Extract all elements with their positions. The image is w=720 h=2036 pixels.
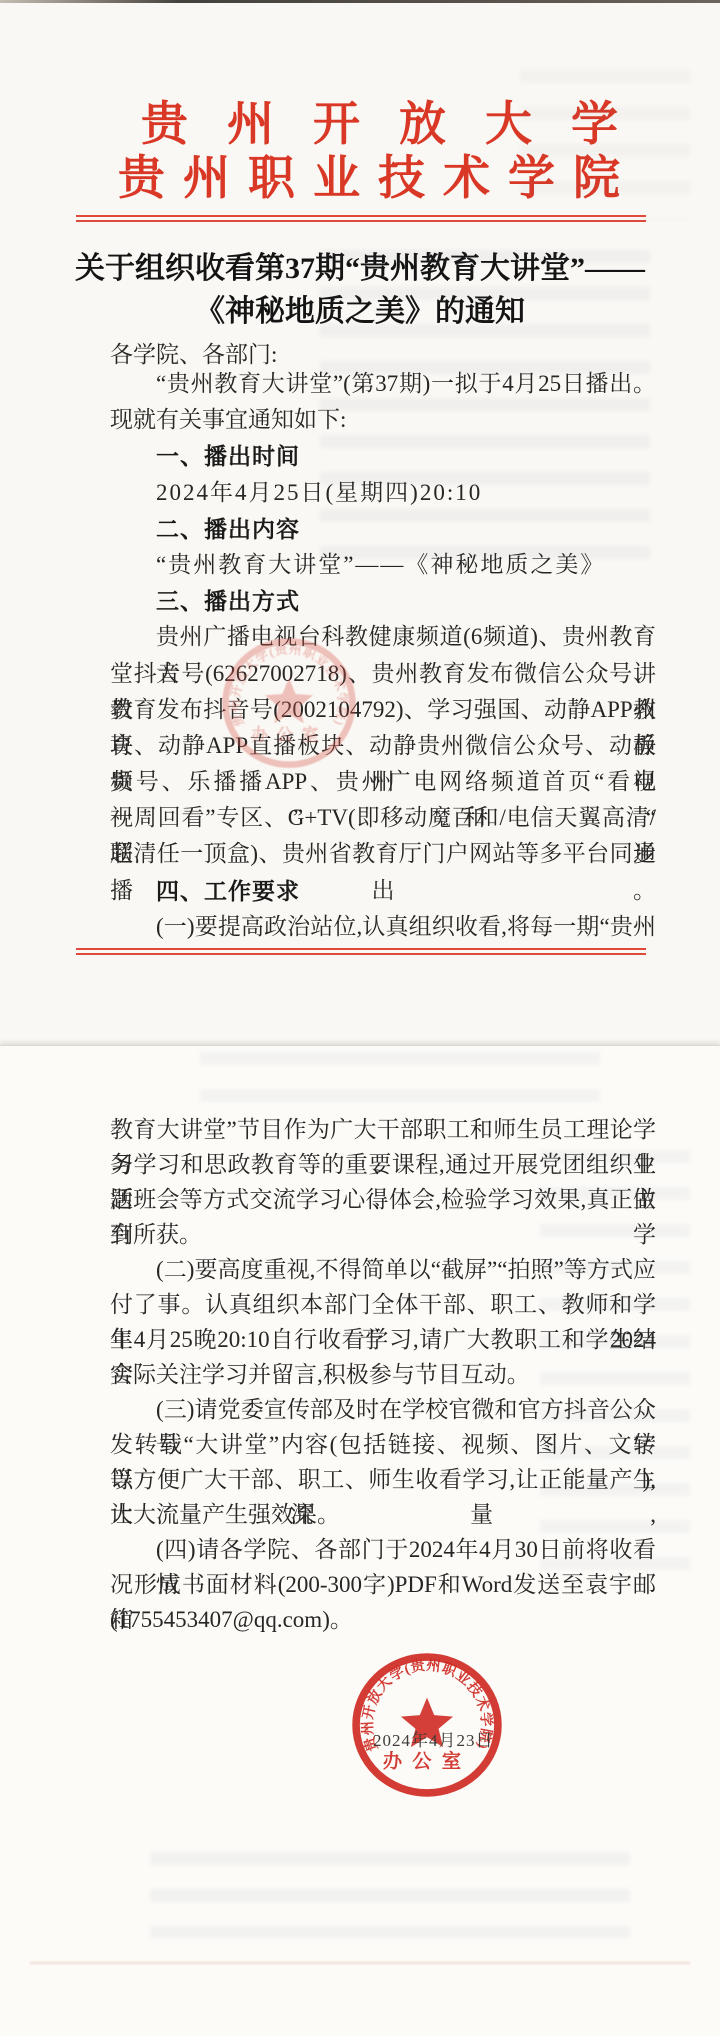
document-line: 教育发布抖音号(2002104792)、学习强国、动静APP教育板 <box>110 692 656 728</box>
document-line: 一、播出时间 <box>110 438 656 474</box>
document-line: 频号、乐播播APP、贵州广电网络频道首页“看电视”和“ <box>110 764 656 800</box>
document-line: 题班会等方式交流学习心得体会,检验学习效果,真正做到学 <box>110 1182 656 1217</box>
document-line: (四)请各学院、各部门于2024年4月30日前将收看情 <box>110 1532 656 1567</box>
document-line: (1755453407@qq.com)。 <box>110 1602 656 1637</box>
document-line: “贵州教育大讲堂”(第37期)一拟于4月25日播出。 <box>110 366 656 402</box>
salutation: 各学院、各部门: <box>110 336 277 369</box>
document-line: 实际关注学习并留言,积极参与节目互动。 <box>110 1357 656 1392</box>
document-title-line1: 关于组织收看第37期“贵州教育大讲堂”—— <box>0 254 720 284</box>
bleed-through-rule <box>30 1962 690 1964</box>
document-line: 发转载“大讲堂”内容(包括链接、视频、图片、文字等), <box>110 1427 656 1462</box>
document-line: (一)要提高政治站位,认真组织收看,将每一期“贵州 <box>110 909 656 945</box>
document-line: 三、播出方式 <box>110 583 656 619</box>
seal-date: 2024年4月23日 <box>373 1726 494 1751</box>
document-line: 2024年4月25日(星期四)20:10 <box>110 475 656 511</box>
faint-seal-star-icon <box>265 678 313 724</box>
letterhead-separator <box>76 215 646 222</box>
document-line: 以方便广大干部、职工、师生收看学习,让正能量产生大流量, <box>110 1462 656 1497</box>
page1-body: “贵州教育大讲堂”(第37期)一拟于4月25日播出。现就有关事宜通知如下:一、播… <box>110 366 656 945</box>
document-line: 务学习和思政教育等的重要课程,通过开展党团组织生活、主 <box>110 1147 656 1182</box>
document-line: 堂抖音号(62627002718)、贵州教育发布微信公众号、贵州 <box>110 656 656 692</box>
document-line: 年4月25晚20:10自行收看学习,请广大教职工和学生结合 <box>110 1322 656 1357</box>
faint-seal-office-text: 办公室 <box>251 724 327 744</box>
document-line: 二、播出内容 <box>110 511 656 547</box>
document-line: “贵州教育大讲堂”——《神秘地质之美》 <box>110 547 656 583</box>
letterhead-line2: 贵州职业技术学院 <box>0 156 720 203</box>
document-line: 教育大讲堂”节目作为广大干部职工和师生员工理论学习、业 <box>110 1112 656 1147</box>
document-line: 超清任一顶盒)、贵州省教育厅门户网站等多平台同步播出。 <box>110 836 656 872</box>
document-line: (三)请党委宣传部及时在学校官微和官方抖音公众号转 <box>110 1392 656 1427</box>
document-line: 现就有关事宜通知如下: <box>110 402 656 438</box>
page2-body: 教育大讲堂”节目作为广大干部职工和师生员工理论学习、业务学习和思政教育等的重要课… <box>110 1112 656 1637</box>
seal-office-text: 办公室 <box>383 1750 471 1773</box>
document-line: 贵州广播电视台科教健康频道(6频道)、贵州教育大讲 <box>110 619 656 655</box>
document-title-line2: 《神秘地质之美》的通知 <box>0 297 720 327</box>
letterhead-line1: 贵州开放大学 <box>0 102 720 149</box>
document-line: (二)要高度重视,不得简单以“截屏”“拍照”等方式应 <box>110 1252 656 1287</box>
document-line: 付了事。认真组织本部门全体干部、职工、教师和学生于2024 <box>110 1287 656 1322</box>
document-line: 况形成书面材料(200-300字)PDF和Word发送至袁宇邮箱 <box>110 1567 656 1602</box>
page1-bottom-rule <box>76 948 646 955</box>
faint-official-seal: 贵州开放大学(贵州职业技术学院) 办公室 <box>219 628 359 778</box>
page-1: 贵州开放大学 贵州职业技术学院 关于组织收看第37期“贵州教育大讲堂”—— 《神… <box>0 0 720 1045</box>
scan-top-edge <box>0 0 720 3</box>
document-line: 一周回看”专区、G+TV(即移动魔百和/电信天翼高清/联通 <box>110 800 656 836</box>
official-seal: 贵州开放大学(贵州职业技术学院) 办公室 <box>351 1652 503 1798</box>
document-line: 块、动静APP直播板块、动静贵州微信公众号、动静贵州视 <box>110 728 656 764</box>
